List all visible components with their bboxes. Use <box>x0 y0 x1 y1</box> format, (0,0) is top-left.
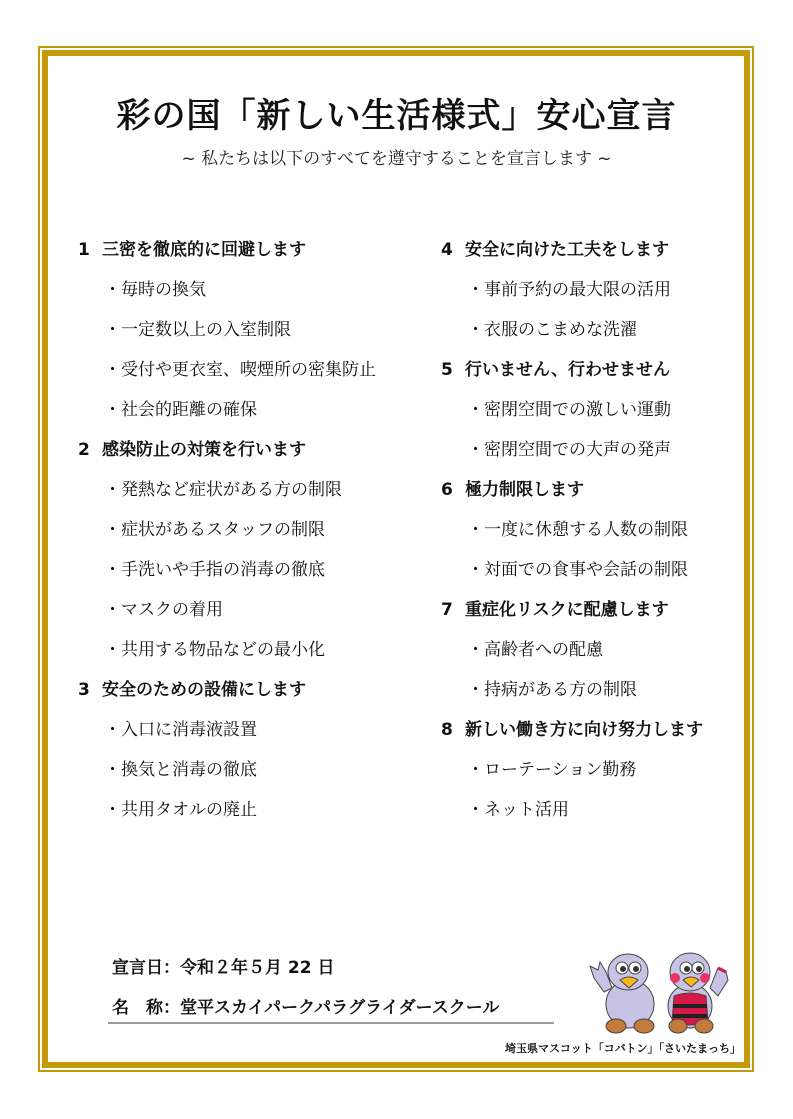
list-item: ・ネット活用 <box>441 798 703 838</box>
left-column: 1三密を徹底的に回避します ・毎時の換気 ・一定数以上の入室制限 ・受付や更衣室… <box>78 238 376 838</box>
section-number: 3 <box>78 678 102 702</box>
section-title: 安全のための設備にします <box>102 680 306 700</box>
list-item: ・マスクの着用 <box>78 598 376 638</box>
section-heading-7: 7重症化リスクに配慮します <box>441 598 703 638</box>
mascot-caption: 埼玉県マスコット「コバトン」「さいたまっち」 <box>505 1040 750 1056</box>
list-item: ・衣服のこまめな洗濯 <box>441 318 703 358</box>
kobaton-icon <box>590 954 654 1033</box>
list-item: ・一度に休憩する人数の制限 <box>441 518 703 558</box>
section-title: 新しい働き方に向け努力します <box>465 720 703 740</box>
list-item: ・密閉空間での大声の発声 <box>441 438 703 478</box>
section-number: 4 <box>441 238 465 262</box>
list-item: ・対面での食事や会話の制限 <box>441 558 703 598</box>
list-item: ・共用タオルの廃止 <box>78 798 376 838</box>
section-title: 三密を徹底的に回避します <box>102 240 306 260</box>
section-heading-6: 6極力制限します <box>441 478 703 518</box>
section-number: 6 <box>441 478 465 502</box>
section-title: 安全に向けた工夫をします <box>465 240 669 260</box>
section-heading-8: 8新しい働き方に向け努力します <box>441 718 703 758</box>
list-item: ・密閉空間での激しい運動 <box>441 398 703 438</box>
section-heading-4: 4安全に向けた工夫をします <box>441 238 703 278</box>
section-number: 2 <box>78 438 102 462</box>
list-item: ・ローテーション勤務 <box>441 758 703 798</box>
list-item: ・高齢者への配慮 <box>441 638 703 678</box>
list-item: ・事前予約の最大限の活用 <box>441 278 703 318</box>
list-item: ・一定数以上の入室制限 <box>78 318 376 358</box>
mascot-illustration-icon <box>586 948 736 1034</box>
section-number: 5 <box>441 358 465 382</box>
list-item: ・社会的距離の確保 <box>78 398 376 438</box>
name-underline <box>108 1022 554 1024</box>
section-number: 1 <box>78 238 102 262</box>
section-heading-2: 2感染防止の対策を行います <box>78 438 376 478</box>
page-title: 彩の国「新しい生活様式」安心宣言 <box>0 88 793 137</box>
section-title: 重症化リスクに配慮します <box>465 600 669 620</box>
section-title: 感染防止の対策を行います <box>102 440 306 460</box>
section-heading-5: 5行いません、行わせません <box>441 358 703 398</box>
section-heading-1: 1三密を徹底的に回避します <box>78 238 376 278</box>
section-title: 行いません、行わせません <box>465 360 670 380</box>
list-item: ・持病がある方の制限 <box>441 678 703 718</box>
list-item: ・共用する物品などの最小化 <box>78 638 376 678</box>
declaration-date: 宣言日：令和２年５月 22 日 <box>112 953 335 978</box>
section-heading-3: 3安全のための設備にします <box>78 678 376 718</box>
list-item: ・入口に消毒液設置 <box>78 718 376 758</box>
list-item: ・症状があるスタッフの制限 <box>78 518 376 558</box>
right-column: 4安全に向けた工夫をします ・事前予約の最大限の活用 ・衣服のこまめな洗濯 5行… <box>441 238 703 838</box>
list-item: ・換気と消毒の徹底 <box>78 758 376 798</box>
declaration-name: 名 称：堂平スカイパークパラグライダースクール <box>112 993 499 1018</box>
saitamacchi-icon <box>668 953 728 1033</box>
list-item: ・手洗いや手指の消毒の徹底 <box>78 558 376 598</box>
list-item: ・発熱など症状がある方の制限 <box>78 478 376 518</box>
list-item: ・毎時の換気 <box>78 278 376 318</box>
section-number: 7 <box>441 598 465 622</box>
section-title: 極力制限します <box>465 480 584 500</box>
list-item: ・受付や更衣室、喫煙所の密集防止 <box>78 358 376 398</box>
section-number: 8 <box>441 718 465 742</box>
page-subtitle: ~ 私たちは以下のすべてを遵守することを宣言します ~ <box>0 144 793 169</box>
